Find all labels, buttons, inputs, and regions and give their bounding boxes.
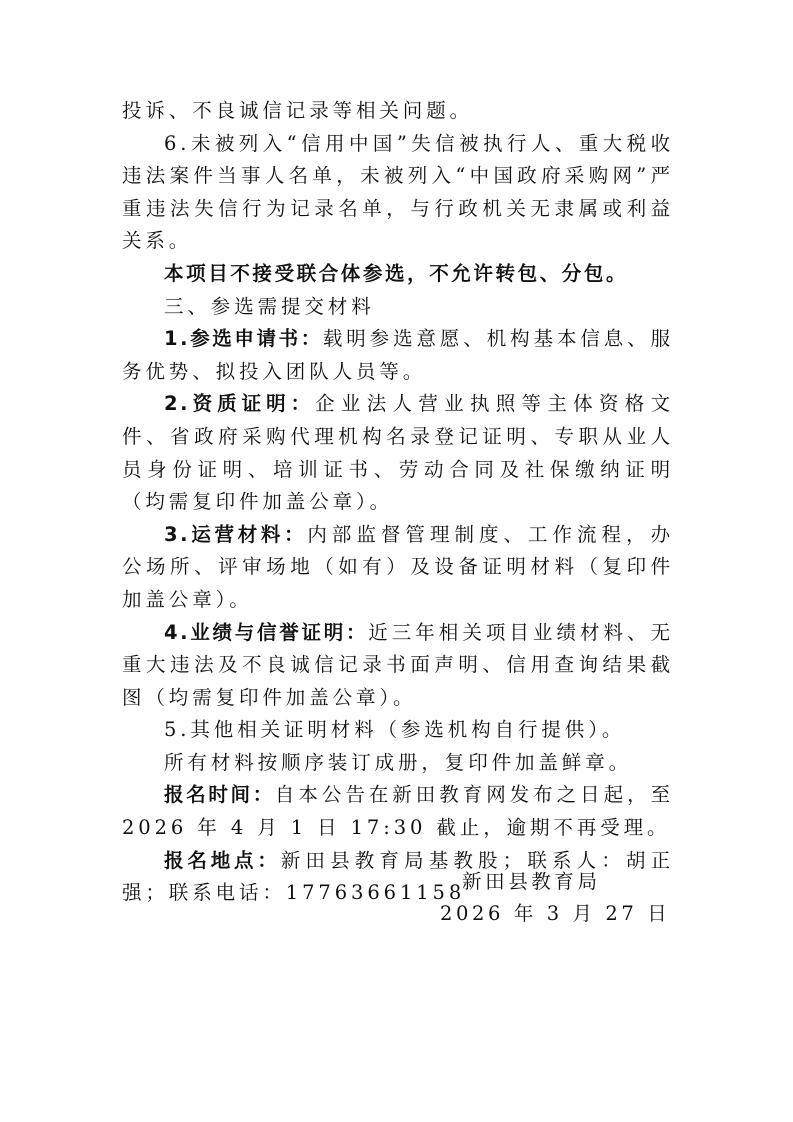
section-heading-materials: 三、参选需提交材料 [122,291,674,324]
paragraph-material-2: 2.资质证明：企业法人营业执照等主体资格文件、省政府采购代理机构名录登记证明、专… [122,388,674,518]
paragraph-material-5: 5.其他相关证明材料（参选机构自行提供）。 [122,714,674,747]
signature-organization: 新田县教育局 [462,866,601,899]
material-4-label: 4.业绩与信誉证明： [164,621,368,644]
paragraph-complaints-continuation: 投诉、不良诚信记录等相关问题。 [122,95,674,128]
registration-location-label: 报名地点： [164,849,281,872]
no-consortium-notice: 本项目不接受联合体参选，不允许转包、分包。 [164,262,628,285]
paragraph-no-consortium: 本项目不接受联合体参选，不允许转包、分包。 [122,258,674,291]
material-1-label: 1.参选申请书： [164,327,323,350]
signature-date: 2026 年 3 月 27 日 [440,898,670,931]
registration-time-label: 报名时间： [164,783,275,806]
paragraph-material-1: 1.参选申请书：载明参选意愿、机构基本信息、服务优势、拟投入团队人员等。 [122,323,674,388]
document-body: 投诉、不良诚信记录等相关问题。 6.未被列入“信用中国”失信被执行人、重大税收违… [122,95,674,910]
paragraph-material-4: 4.业绩与信誉证明：近三年相关项目业绩材料、无重大违法及不良诚信记录书面声明、信… [122,617,674,715]
paragraph-binding-note: 所有材料按顺序装订成册，复印件加盖鲜章。 [122,747,674,780]
paragraph-requirement-6: 6.未被列入“信用中国”失信被执行人、重大税收违法案件当事人名单，未被列入“中国… [122,128,674,258]
paragraph-registration-time: 报名时间：自本公告在新田教育网发布之日起，至 2026 年 4 月 1 日 17… [122,779,674,844]
material-3-label: 3.运营材料： [164,523,307,546]
paragraph-material-3: 3.运营材料：内部监督管理制度、工作流程，办公场所、评审场地（如有）及设备证明材… [122,519,674,617]
material-2-label: 2.资质证明： [164,392,315,415]
